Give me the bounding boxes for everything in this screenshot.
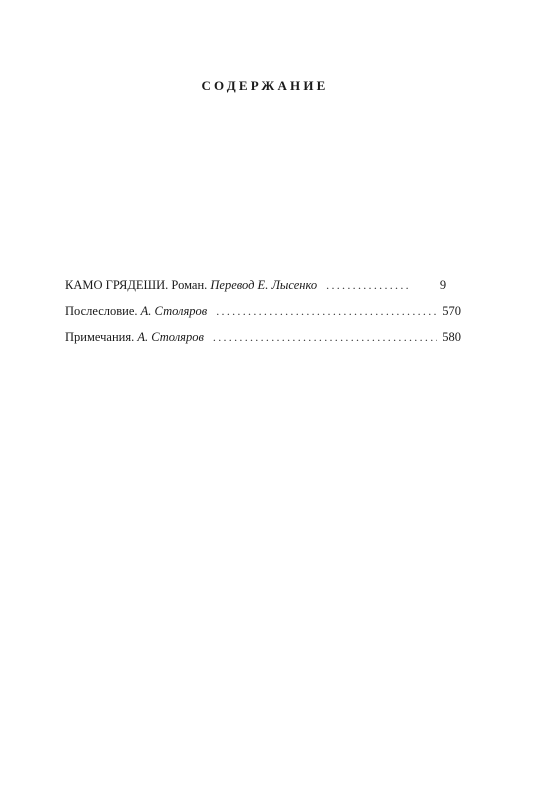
entry-credit-text: А. Столяров [141,304,208,318]
toc-entry-title: Послесловие. А. Столяров [65,303,207,319]
entry-title-text: Послесловие [65,304,134,318]
entry-credit-text: А. Столяров [137,330,204,344]
entry-title-text: КАМО ГРЯДЕШИ [65,278,165,292]
toc-entry-title: КАМО ГРЯДЕШИ. Роман. Перевод Е. Лысенко [65,277,317,293]
table-of-contents: КАМО ГРЯДЕШИ. Роман. Перевод Е. Лысенко … [65,277,461,355]
toc-entry-title: Примечания. А. Столяров [65,329,204,345]
toc-page-number: 580 [441,329,461,345]
dot-leader [216,303,437,319]
dot-leader [326,277,408,293]
book-page: СОДЕРЖАНИЕ КАМО ГРЯДЕШИ. Роман. Перевод … [0,0,533,800]
entry-subtitle-text: . Роман. [165,278,210,292]
toc-entry[interactable]: Послесловие. А. Столяров 570 [65,303,461,329]
toc-page-number: 570 [441,303,461,319]
page-title: СОДЕРЖАНИЕ [0,78,530,94]
entry-title-text: Примечания [65,330,131,344]
dot-leader [213,329,437,345]
toc-page-number: 9 [426,277,446,293]
toc-entry[interactable]: Примечания. А. Столяров 580 [65,329,461,355]
entry-credit-text: Перевод Е. Лысенко [210,278,317,292]
toc-entry[interactable]: КАМО ГРЯДЕШИ. Роман. Перевод Е. Лысенко … [65,277,461,303]
